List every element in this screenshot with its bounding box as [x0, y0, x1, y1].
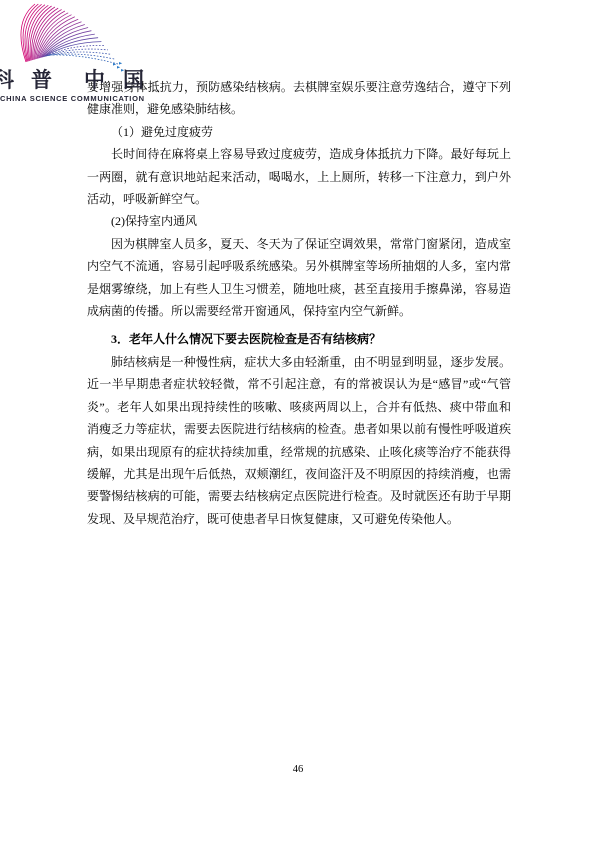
- paragraph: 肺结核病是一种慢性病，症状大多由轻渐重，由不明显到明显，逐步发展。近一半早期患者…: [87, 351, 511, 530]
- document-body: 要增强身体抵抗力，预防感染结核病。去棋牌室娱乐要注意劳逸结合，遵守下列健康准则，…: [87, 76, 511, 530]
- logo-swoosh-icon: [20, 1, 124, 73]
- paragraph: （1）避免过度疲劳: [87, 121, 511, 143]
- logo-cn-text-kepu: 科普: [0, 70, 69, 92]
- section-heading: 3．老年人什么情况下要去医院检查是否有结核病？: [87, 328, 511, 350]
- logo-en-text: CHINA SCIENCE COMMUNICATION: [0, 94, 145, 103]
- kepu-china-logo: 科普 中国 CHINA SCIENCE COMMUNICATION: [0, 0, 180, 110]
- page-number: 46: [0, 764, 596, 775]
- paragraph: (2)保持室内通风: [87, 210, 511, 232]
- paragraph: 因为棋牌室人员多，夏天、冬天为了保证空调效果，常常门窗紧闭，造成室内空气不流通，…: [87, 233, 511, 323]
- paragraph: 长时间待在麻将桌上容易导致过度疲劳，造成身体抵抗力下降。最好每玩上一两圈，就有意…: [87, 143, 511, 210]
- document-page: { "page": { "number": "46", "background"…: [0, 0, 596, 842]
- logo-cn-text-zhongguo: 中国: [84, 70, 162, 92]
